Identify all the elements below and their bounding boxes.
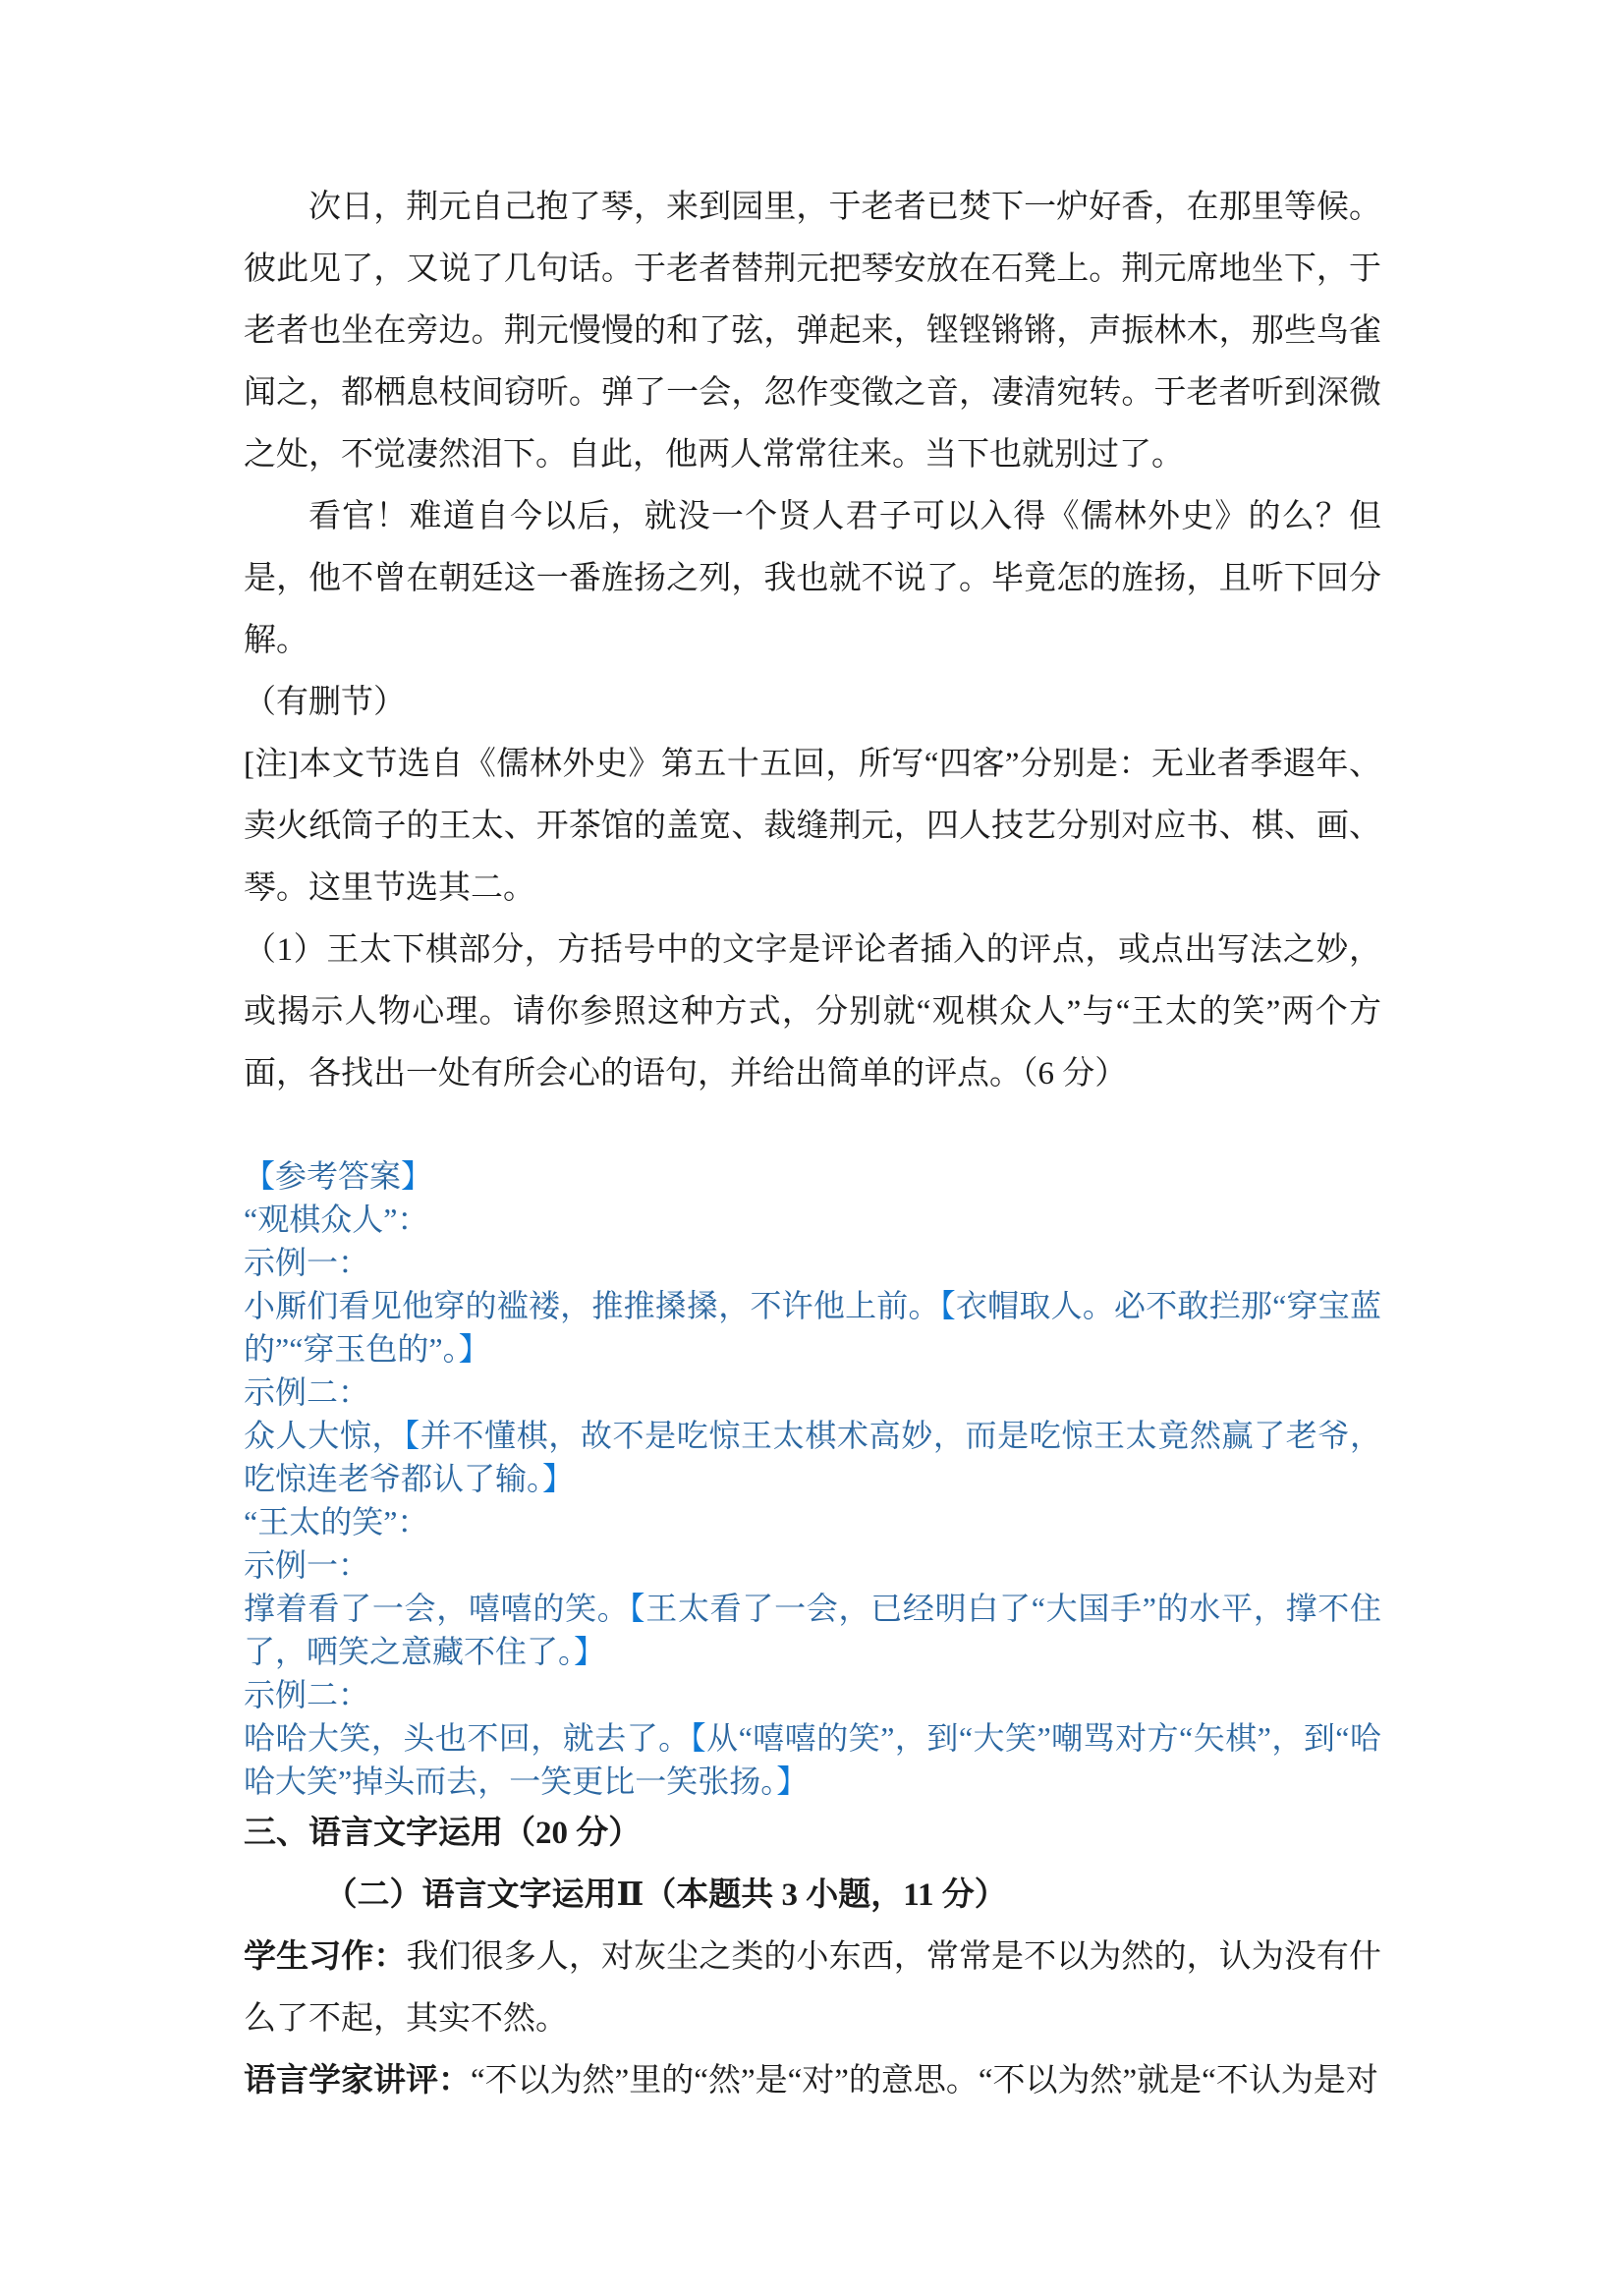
comment-bracket-close: 】 xyxy=(459,1331,490,1367)
example-4-line: 哈哈大笑，头也不回，就去了。【从“嘻嘻的笑”，到“大笑”嘲骂对方“矢棋”，到“哈… xyxy=(244,1716,1381,1803)
comment-bracket-open: 【 xyxy=(404,1418,420,1453)
section-subtitle: （二）语言文字运用Ⅱ（本题共 3 小题，11 分） xyxy=(244,1865,1381,1927)
example-4-quote: 哈哈大笑，头也不回，就去了。 xyxy=(244,1720,691,1756)
comment-bracket-open: 【 xyxy=(691,1720,706,1756)
answer-group2-title: “王太的笑”： xyxy=(244,1500,1381,1543)
example-3-quote: 撑着看了一会，嘻嘻的笑。 xyxy=(244,1591,630,1626)
student-work-label: 学生习作： xyxy=(244,1939,406,1975)
answer-bracket-open: 【 xyxy=(244,1158,275,1194)
linguist-comment-text: “不以为然”里的“然”是“对”的意思。“不以为然”就是“不认为是对 xyxy=(471,2063,1378,2099)
example-3-line: 撑着看了一会，嘻嘻的笑。【王太看了一会，已经明白了“大国手”的水平，撑不住了，哂… xyxy=(244,1587,1381,1673)
comment-bracket-close: 】 xyxy=(574,1634,605,1669)
comment-bracket-open: 【 xyxy=(940,1288,956,1323)
passage-paragraph-1: 次日，荆元自己抱了琴，来到园里，于老者已焚下一炉好香，在那里等候。彼此见了，又说… xyxy=(244,177,1381,486)
reference-answer-block: 【参考答案】 “观棋众人”： 示例一： 小厮们看见他穿的褴褛，推推搡搡，不许他上… xyxy=(244,1154,1381,1803)
comment-bracket-close: 】 xyxy=(776,1763,808,1799)
example-2-label: 示例二： xyxy=(244,1371,1381,1414)
linguist-comment-paragraph: 语言学家讲评：“不以为然”里的“然”是“对”的意思。“不以为然”就是“不认为是对 xyxy=(244,2050,1381,2112)
example-1-quote: 小厮们看见他穿的褴褛，推推搡搡，不许他上前。 xyxy=(244,1288,940,1323)
student-work-text: 我们很多人，对灰尘之类的小东西，常常是不以为然的，认为没有什么了不起，其实不然。 xyxy=(244,1939,1381,2037)
linguist-comment-label: 语言学家讲评： xyxy=(244,2063,471,2099)
answer-header-line: 【参考答案】 xyxy=(244,1154,1381,1198)
student-work-paragraph: 学生习作：我们很多人，对灰尘之类的小东西，常常是不以为然的，认为没有什么了不起，… xyxy=(244,1927,1381,2050)
source-note: [注]本文节选自《儒林外史》第五十五回，所写“四客”分别是：无业者季遐年、卖火纸… xyxy=(244,734,1381,920)
example-2-quote: 众人大惊， xyxy=(244,1418,404,1453)
example-1-label: 示例一： xyxy=(244,1241,1381,1284)
exam-document-page: 次日，荆元自己抱了琴，来到园里，于老者已焚下一炉好香，在那里等候。彼此见了，又说… xyxy=(0,0,1624,2295)
answer-group1-title: “观棋众人”： xyxy=(244,1198,1381,1241)
example-4-label: 示例二： xyxy=(244,1673,1381,1716)
answer-header-text: 参考答案 xyxy=(275,1158,401,1194)
text-column: 次日，荆元自己抱了琴，来到园里，于老者已焚下一炉好香，在那里等候。彼此见了，又说… xyxy=(244,177,1381,2112)
example-1-line: 小厮们看见他穿的褴褛，推推搡搡，不许他上前。【衣帽取人。必不敢拦那“穿宝蓝的”“… xyxy=(244,1284,1381,1371)
question-1: （1）王太下棋部分，方括号中的文字是评论者插入的评点，或点出写法之妙，或揭示人物… xyxy=(244,920,1381,1105)
passage-paragraph-2: 看官！难道自今以后，就没一个贤人君子可以入得《儒林外史》的么？但是，他不曾在朝廷… xyxy=(244,486,1381,672)
comment-bracket-close: 】 xyxy=(542,1461,574,1496)
section-title: 三、语言文字运用（20 分） xyxy=(244,1803,1381,1865)
answer-bracket-close: 】 xyxy=(401,1158,432,1194)
example-3-label: 示例一： xyxy=(244,1543,1381,1587)
deletion-note: （有删节） xyxy=(244,672,1381,734)
comment-bracket-open: 【 xyxy=(630,1591,646,1626)
example-2-line: 众人大惊，【并不懂棋，故不是吃惊王太棋术高妙，而是吃惊王太竟然赢了老爷，吃惊连老… xyxy=(244,1414,1381,1500)
